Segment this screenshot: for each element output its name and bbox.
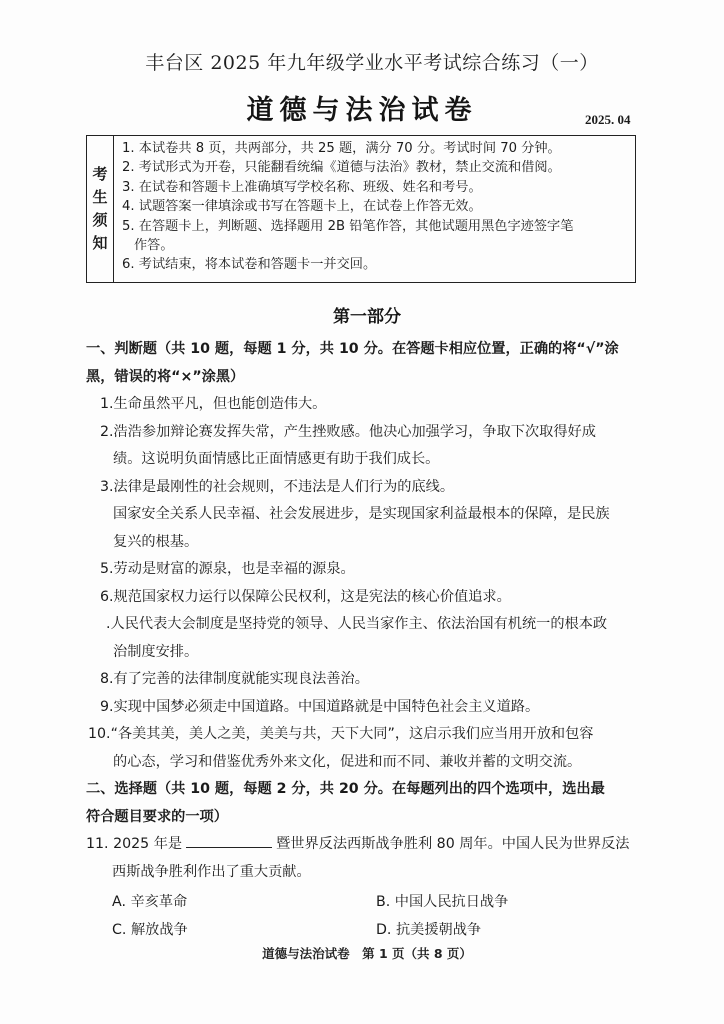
notice-label-char: 考	[92, 163, 107, 186]
question-8: 8.有了完善的法律制度就能实现良法善治。	[86, 666, 646, 694]
option-text: 中国人民抗日战争	[395, 894, 509, 910]
question-number: 5.	[100, 561, 114, 577]
question-text-continuation: 绩。这说明负面情感比正面情感更有助于我们成长。	[100, 446, 646, 474]
notice-list: 1. 本试卷共 8 页，共两部分，共 25 题，满分 70 分。考试时间 70 …	[114, 136, 635, 282]
option-b: B. 中国人民抗日战争	[376, 888, 636, 916]
question-5: 5.劳动是财富的源泉，也是幸福的源泉。	[86, 556, 646, 584]
question-text: 劳动是财富的源泉，也是幸福的源泉。	[114, 561, 355, 577]
question-number: 6.	[100, 589, 114, 605]
question-number: 11.	[86, 836, 109, 852]
heading-line: 一、判断题（共 10 题，每题 1 分，共 10 分。在答题卡相应位置，正确的将…	[86, 341, 619, 357]
question-number: 8.	[100, 671, 114, 687]
answer-options: A. 辛亥革命 B. 中国人民抗日战争 C. 解放战争 D. 抗美援朝战争	[86, 888, 646, 944]
option-c: C. 解放战争	[112, 916, 376, 944]
question-2: 2.浩浩参加辩论赛发挥失常，产生挫败感。他决心加强学习，争取下次取得好成 绩。这…	[86, 419, 646, 474]
notice-label-char: 生	[92, 186, 107, 209]
page-footer: 道德与法治试卷 第 1 页（共 8 页）	[0, 944, 724, 962]
option-text: 解放战争	[131, 922, 188, 938]
notice-item-text: 作答。	[122, 236, 629, 255]
heading-line: 黑，错误的将“×”涂黑）	[86, 369, 244, 385]
section-two-heading: 二、选择题（共 10 题，每题 2 分，共 20 分。在每题列出的四个选项中，选…	[86, 776, 646, 831]
question-text: 实现中国梦必须走中国道路。中国道路就是中国特色社会主义道路。	[114, 699, 540, 715]
option-text: 抗美援朝战争	[396, 922, 481, 938]
question-text-continuation: 西斯战争胜利作出了重大贡献。	[86, 859, 646, 887]
question-10: 10.“各美其美，美人之美，美美与共，天下大同”，这启示我们应当用开放和包容 的…	[86, 721, 646, 776]
question-text: 人民代表大会制度是坚持党的领导、人民当家作主、依法治国有机统一的根本政	[111, 616, 608, 632]
question-number: 10.	[88, 726, 111, 742]
question-9: 9.实现中国梦必须走中国道路。中国道路就是中国特色社会主义道路。	[86, 694, 646, 722]
question-text: “各美其美，美人之美，美美与共，天下大同”，这启示我们应当用开放和包容	[111, 726, 594, 742]
question-text-continuation: 的心态，学习和借鉴优秀外来文化，促进和而不同、兼收并蓄的文明交流。	[88, 749, 646, 777]
question-number: 3.	[100, 479, 114, 495]
answer-blank	[186, 833, 272, 848]
question-text: 2025 年是	[113, 836, 182, 852]
exam-date: 2025. 04	[585, 112, 631, 128]
exam-name: 丰台区 2025 年九年级学业水平考试综合练习（一）	[0, 48, 724, 75]
question-7: .人民代表大会制度是坚持党的领导、人民当家作主、依法治国有机统一的根本政 治制度…	[86, 611, 646, 666]
question-4: 国家安全关系人民幸福、社会发展进步，是实现国家利益最根本的保障，是民族 复兴的根…	[86, 501, 646, 556]
exam-page: 丰台区 2025 年九年级学业水平考试综合练习（一） 道德与法治试卷 2025.…	[0, 0, 724, 1024]
question-text: 生命虽然平凡，但也能创造伟大。	[114, 396, 327, 412]
option-key: B.	[376, 894, 390, 910]
notice-item: 4. 试题答案一律填涂或书写在答题卡上，在试卷上作答无效。	[122, 197, 629, 216]
notice-item: 2. 考试形式为开卷，只能翻看统编《道德与法治》教材，禁止交流和借阅。	[122, 158, 629, 177]
question-text: 国家安全关系人民幸福、社会发展进步，是实现国家利益最根本的保障，是民族	[113, 506, 610, 522]
question-number: 1.	[100, 396, 114, 412]
question-text: 法律是最刚性的社会规则，不违法是人们行为的底线。	[114, 479, 455, 495]
option-a: A. 辛亥革命	[112, 888, 376, 916]
question-number: 9.	[100, 699, 114, 715]
heading-line: 符合题目要求的一项）	[86, 809, 228, 825]
option-key: A.	[112, 894, 126, 910]
notice-item: 6. 考试结束，将本试卷和答题卡一并交回。	[122, 255, 629, 274]
question-text-continuation: 复兴的根基。	[113, 529, 646, 557]
heading-line: 二、选择题（共 10 题，每题 2 分，共 20 分。在每题列出的四个选项中，选…	[86, 781, 605, 797]
notice-item: 1. 本试卷共 8 页，共两部分，共 25 题，满分 70 分。考试时间 70 …	[122, 139, 629, 158]
notice-item: 5. 在答题卡上，判断题、选择题用 2B 铅笔作答，其他试题用黑色字迹签字笔	[122, 217, 629, 236]
notice-item: 3. 在试卷和答题卡上准确填写学校名称、班级、姓名和考号。	[122, 178, 629, 197]
question-number: 2.	[100, 424, 114, 440]
question-text-continuation: 治制度安排。	[106, 639, 646, 667]
question-text: 暨世界反法西斯战争胜利 80 周年。中国人民为世界反法	[276, 836, 629, 852]
notice-label-char: 须	[92, 209, 107, 232]
option-text: 辛亥革命	[130, 894, 187, 910]
question-3: 3.法律是最刚性的社会规则，不违法是人们行为的底线。	[86, 474, 646, 502]
part-one-title: 第一部分	[0, 302, 724, 327]
question-1: 1.生命虽然平凡，但也能创造伟大。	[86, 391, 646, 419]
question-text: 浩浩参加辩论赛发挥失常，产生挫败感。他决心加强学习，争取下次取得好成	[114, 424, 596, 440]
option-key: D.	[376, 922, 391, 938]
option-d: D. 抗美援朝战争	[376, 916, 636, 944]
notice-item-continuation: 作答。	[122, 236, 629, 255]
question-text: 有了完善的法律制度就能实现良法善治。	[114, 671, 369, 687]
question-text: 规范国家权力运行以保障公民权利，这是宪法的核心价值追求。	[114, 589, 511, 605]
notice-label-char: 知	[92, 232, 107, 255]
candidate-notice-box: 考 生 须 知 1. 本试卷共 8 页，共两部分，共 25 题，满分 70 分。…	[86, 135, 636, 283]
section-one-heading: 一、判断题（共 10 题，每题 1 分，共 10 分。在答题卡相应位置，正确的将…	[86, 336, 646, 391]
question-6: 6.规范国家权力运行以保障公民权利，这是宪法的核心价值追求。	[86, 584, 646, 612]
question-11: 11. 2025 年是暨世界反法西斯战争胜利 80 周年。中国人民为世界反法 西…	[86, 831, 646, 944]
exam-content: 一、判断题（共 10 题，每题 1 分，共 10 分。在答题卡相应位置，正确的将…	[86, 336, 646, 944]
notice-label: 考 生 须 知	[87, 136, 114, 282]
option-key: C.	[112, 922, 126, 938]
